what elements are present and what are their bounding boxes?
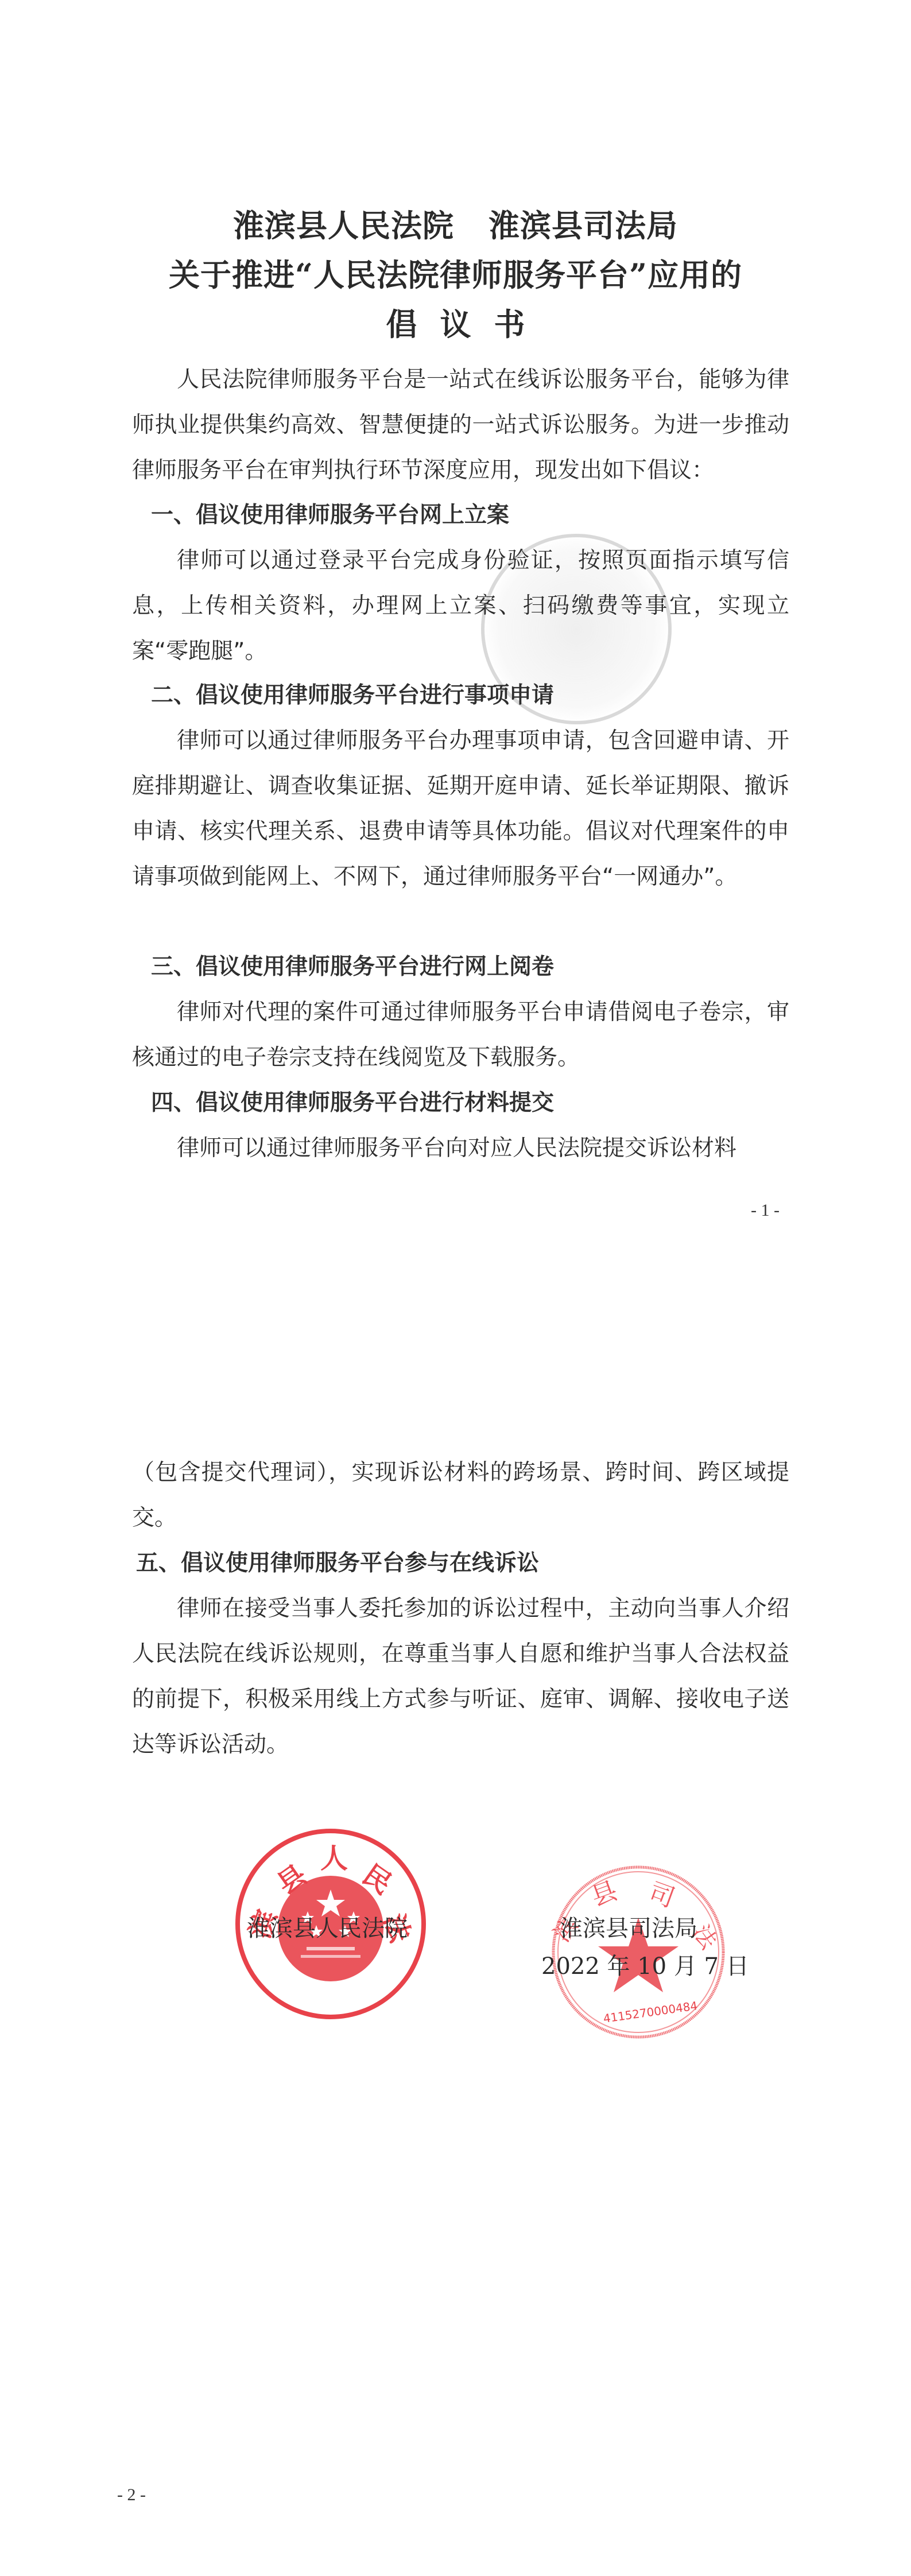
signature-bureau: 淮滨县司法局 bbox=[560, 1910, 697, 1943]
section-2-heading: 二、倡议使用律师服务平台进行事项申请 bbox=[151, 673, 782, 718]
title-line-3: 倡议书 bbox=[0, 300, 911, 349]
issuer-bureau: 淮滨县司法局 bbox=[489, 207, 678, 244]
section-4-heading: 四、倡议使用律师服务平台进行材料提交 bbox=[151, 1080, 782, 1126]
issuer-court: 淮滨县人民法院 bbox=[233, 207, 454, 244]
svg-text:司: 司 bbox=[645, 1877, 679, 1913]
page-number-1: - 1 - bbox=[751, 1201, 780, 1220]
signature-date: 2022 年 10 月 7 日 bbox=[541, 1948, 749, 1981]
svg-text:人: 人 bbox=[320, 1842, 348, 1875]
page-2: （包含提交代理词），实现诉讼材料的跨场景、跨时间、跨区域提交。 五、倡议使用律师… bbox=[0, 1288, 911, 2576]
title-line-2: 关于推进“人民法院律师服务平台”应用的 bbox=[0, 250, 911, 300]
page-1: 淮滨县人民法院淮滨县司法局 关于推进“人民法院律师服务平台”应用的 倡议书 人民… bbox=[0, 0, 911, 1288]
section-5-heading: 五、倡议使用律师服务平台参与在线诉讼 bbox=[136, 1541, 767, 1586]
svg-text:4115270000484: 4115270000484 bbox=[602, 1999, 698, 2026]
section-4-body-part2: （包含提交代理词），实现诉讼材料的跨场景、跨时间、跨区域提交。 bbox=[132, 1450, 789, 1541]
section-3-body: 律师对代理的案件可通过律师服务平台申请借阅电子卷宗，审核通过的电子卷宗支持在线阅… bbox=[132, 990, 789, 1080]
section-2-body: 律师可以通过律师服务平台办理事项申请，包含回避申请、开庭排期避让、调查收集证据、… bbox=[132, 718, 789, 899]
signature-court: 淮滨县人民法院 bbox=[247, 1910, 408, 1943]
section-1-body: 律师可以通过登录平台完成身份验证，按照页面指示填写信息，上传相关资料，办理网上立… bbox=[132, 538, 789, 674]
title-line-1: 淮滨县人民法院淮滨县司法局 bbox=[0, 201, 911, 250]
section-1-heading: 一、倡议使用律师服务平台网上立案 bbox=[151, 492, 782, 538]
intro-paragraph: 人民法院律师服务平台是一站式在线诉讼服务平台，能够为律师执业提供集约高效、智慧便… bbox=[132, 357, 789, 493]
page-number-2: - 2 - bbox=[117, 2485, 146, 2505]
section-4-body-part1: 律师可以通过律师服务平台向对应人民法院提交诉讼材料 bbox=[132, 1126, 789, 1171]
section-5-body: 律师在接受当事人委托参加的诉讼过程中，主动向当事人介绍人民法院在线诉讼规则，在尊… bbox=[132, 1586, 789, 1767]
section-3-heading: 三、倡议使用律师服务平台进行网上阅卷 bbox=[151, 944, 782, 990]
